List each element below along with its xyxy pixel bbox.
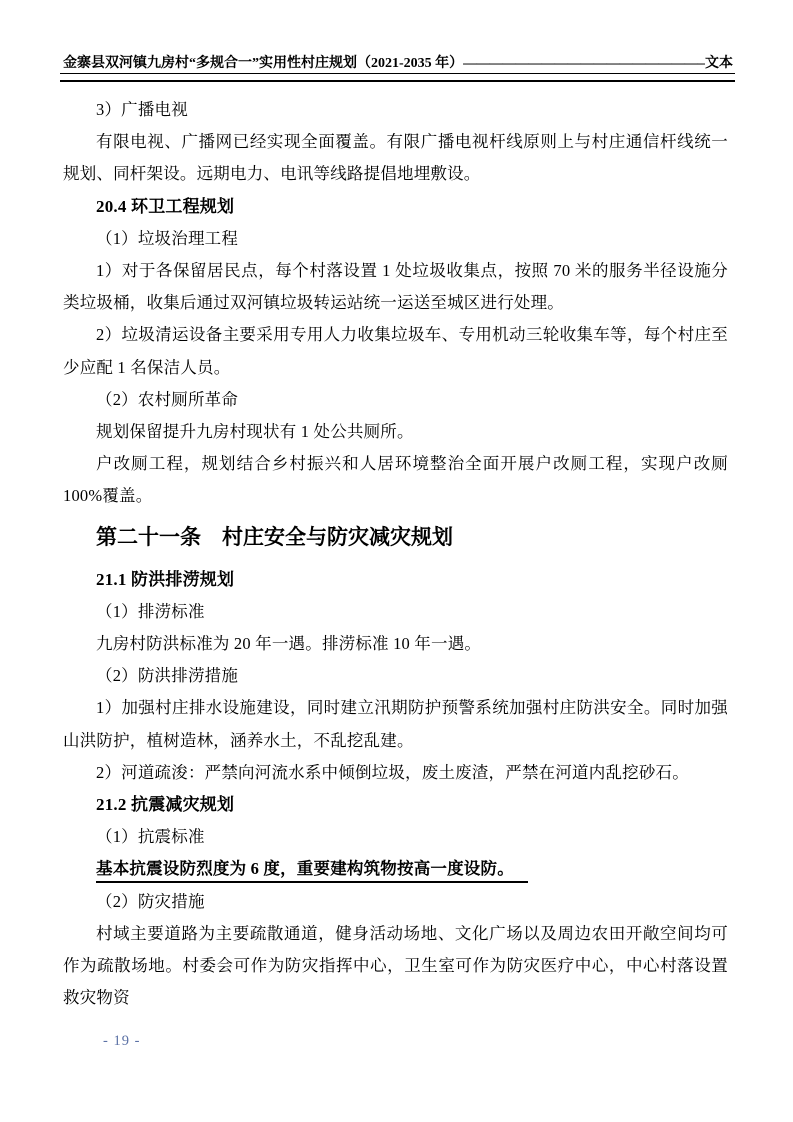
paragraph: （1）抗震标准 (63, 821, 728, 853)
paragraph: 1）对于各保留居民点，每个村落设置 1 处垃圾收集点，按照 70 米的服务半径设… (63, 255, 728, 319)
paragraph: 有限电视、广播网已经实现全面覆盖。有限广播电视杆线原则上与村庄通信杆线统一规划、… (63, 126, 728, 190)
heading-20-4: 20.4 环卫工程规划 (63, 191, 728, 223)
header-title: 金寨县双河镇九房村“多规合一”实用性村庄规划（2021-2035 年） (63, 56, 463, 71)
paragraph: 1）加强村庄排水设施建设，同时建立汛期防护预警系统加强村庄防洪安全。同时加强山洪… (63, 692, 728, 756)
paragraph: （2）农村厕所革命 (63, 384, 728, 416)
key-provision: 基本抗震设防烈度为 6 度，重要建构筑物按高一度设防。 (63, 853, 728, 885)
page-header: 金寨县双河镇九房村“多规合一”实用性村庄规划（2021-2035 年） ————… (60, 56, 735, 82)
paragraph: （2）防灾措施 (63, 886, 728, 918)
paragraph: 九房村防洪标准为 20 年一遇。排涝标准 10 年一遇。 (63, 628, 728, 660)
paragraph: （1）排涝标准 (63, 596, 728, 628)
paragraph: 2）河道疏浚：严禁向河流水系中倾倒垃圾，废土废渣，严禁在河道内乱挖砂石。 (63, 757, 728, 789)
article-21-heading: 第二十一条 村庄安全与防灾减灾规划 (63, 524, 728, 551)
header-doc-type-label: 文本 (705, 56, 733, 71)
document-body: 3）广播电视 有限电视、广播网已经实现全面覆盖。有限广播电视杆线原则上与村庄通信… (63, 94, 728, 1014)
paragraph: （1）垃圾治理工程 (63, 223, 728, 255)
heading-21-2: 21.2 抗震减灾规划 (63, 789, 728, 821)
paragraph: 村域主要道路为主要疏散通道，健身活动场地、文化广场以及周边农田开敞空间均可作为疏… (63, 918, 728, 1015)
key-provision-text: 基本抗震设防烈度为 6 度，重要建构筑物按高一度设防。 (96, 859, 528, 883)
document-page: 金寨县双河镇九房村“多规合一”实用性村庄规划（2021-2035 年） ————… (0, 0, 793, 1122)
page-number: - 19 - (103, 1033, 140, 1050)
paragraph: 2）垃圾清运设备主要采用专用人力收集垃圾车、专用机动三轮收集车等，每个村庄至少应… (63, 319, 728, 383)
paragraph: （2）防洪排涝措施 (63, 660, 728, 692)
paragraph: 3）广播电视 (63, 94, 728, 126)
header-dash-fill: ———————————————————————— (463, 56, 705, 71)
page-header-row: 金寨县双河镇九房村“多规合一”实用性村庄规划（2021-2035 年） ————… (60, 56, 735, 74)
heading-21-1: 21.1 防洪排涝规划 (63, 564, 728, 596)
paragraph: 户改厕工程，规划结合乡村振兴和人居环境整治全面开展户改厕工程，实现户改厕 100… (63, 448, 728, 512)
paragraph: 规划保留提升九房村现状有 1 处公共厕所。 (63, 416, 728, 448)
